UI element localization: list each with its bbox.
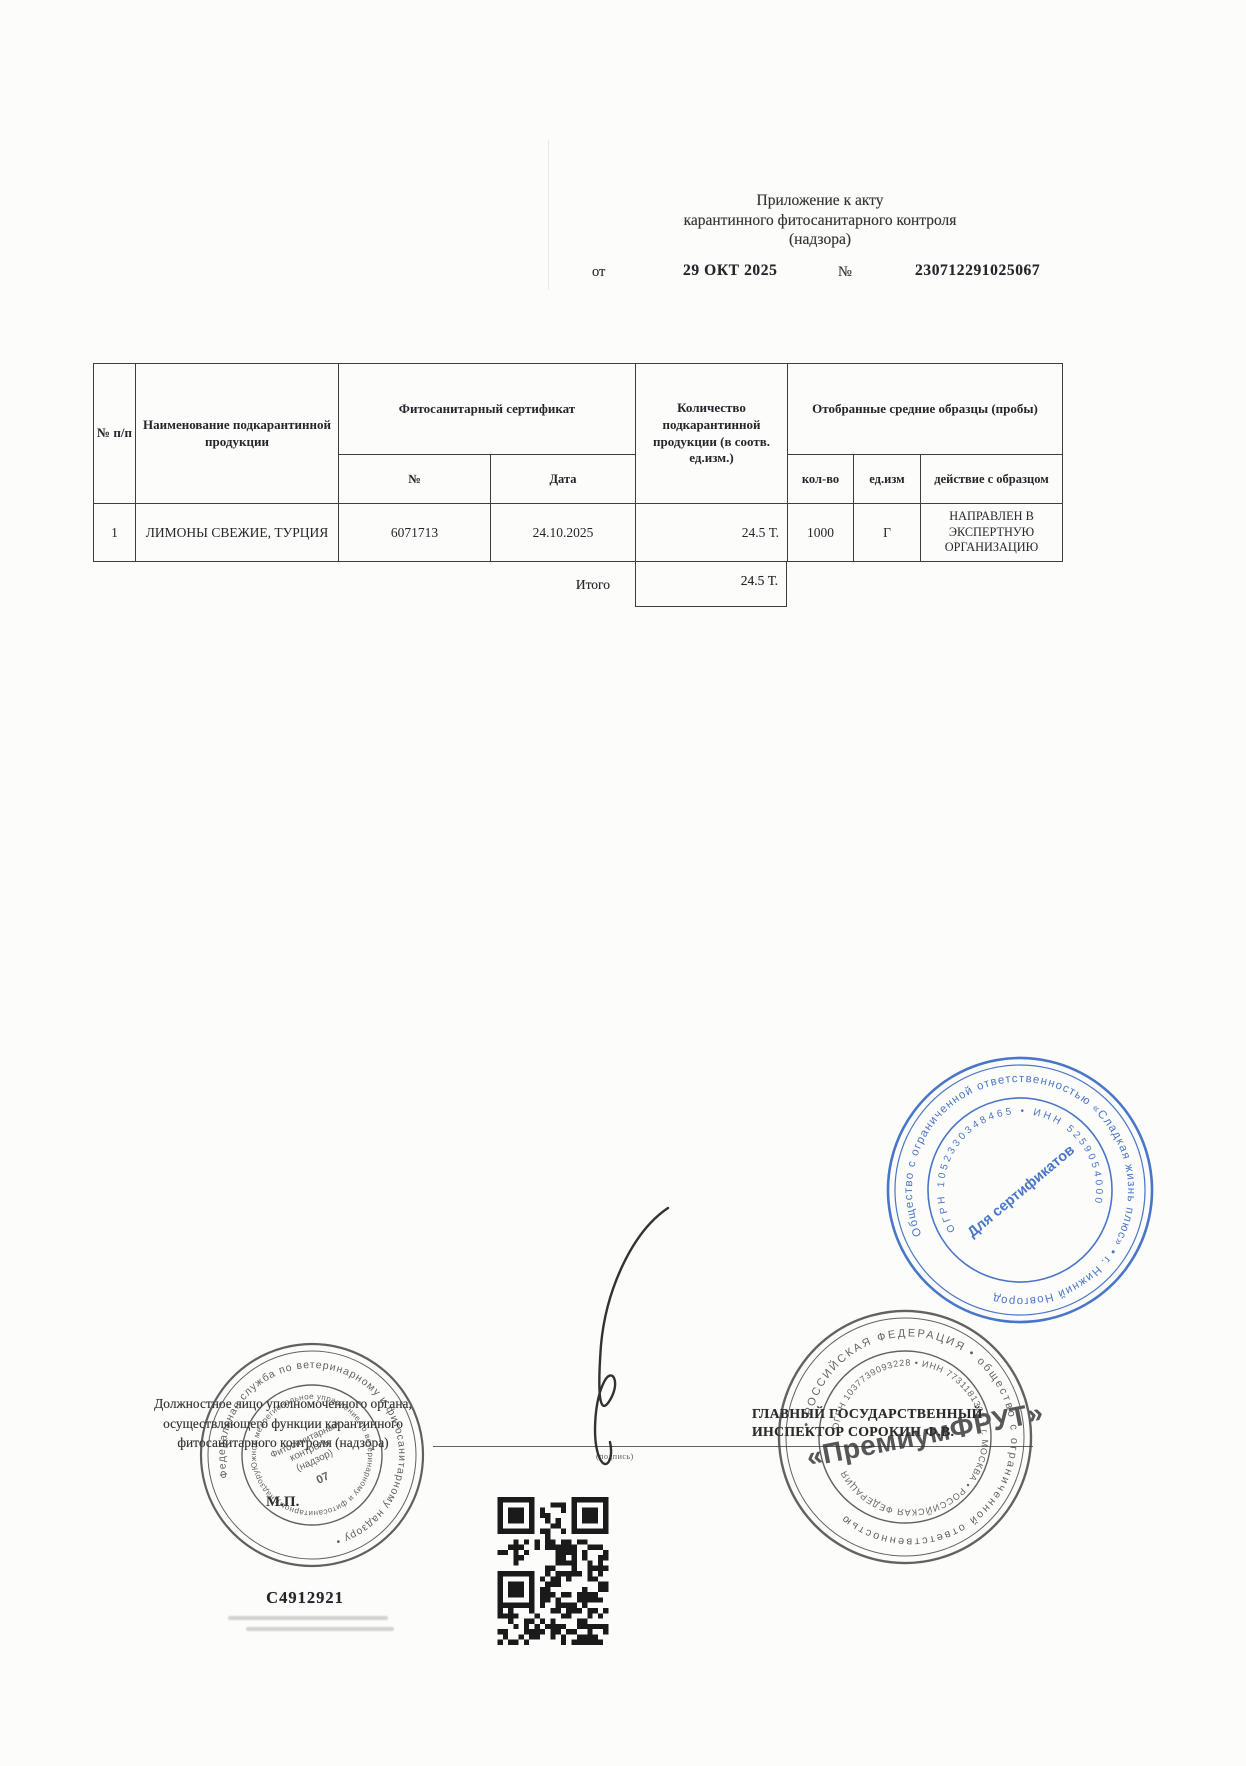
products-table: № п/п Наименование подкарантинной продук… bbox=[93, 363, 1063, 562]
total-value-box: 24.5 Т. bbox=[635, 561, 787, 607]
subcol-header-sample-qty: кол-во bbox=[788, 455, 854, 504]
col-header-num: № п/п bbox=[94, 364, 136, 504]
cert-no-cell: 6071713 bbox=[339, 504, 491, 562]
date-prefix-label: от bbox=[592, 264, 605, 281]
number-sign-label: № bbox=[838, 264, 852, 281]
stamp-code: C4912921 bbox=[200, 1588, 410, 1608]
cert-date-cell: 24.10.2025 bbox=[491, 504, 636, 562]
rosselkhoznadzor-round-stamp: Федеральная служба по ветеринарному и фи… bbox=[192, 1335, 432, 1575]
document-title: Приложение к акту карантинного фитосанит… bbox=[520, 191, 1120, 250]
blue-company-round-stamp: Общество с ограниченной ответственностью… bbox=[880, 1050, 1160, 1330]
subcol-header-unit: ед.изм bbox=[854, 455, 921, 504]
premiumfrut-round-stamp: • РОССИЙСКАЯ ФЕДЕРАЦИЯ • общество с огра… bbox=[775, 1302, 1035, 1562]
subcol-header-cert-date: Дата bbox=[491, 455, 636, 504]
sample-qty-cell: 1000 bbox=[788, 504, 854, 562]
stamp-outer-ring-text: Федеральная служба по ветеринарному и фи… bbox=[194, 1337, 429, 1572]
scanned-document-page: Приложение к акту карантинного фитосанит… bbox=[0, 0, 1246, 1766]
product-name-cell: ЛИМОНЫ СВЕЖИЕ, ТУРЦИЯ bbox=[136, 504, 339, 562]
title-line-1: Приложение к акту bbox=[520, 191, 1120, 211]
quantity-cell: 24.5 Т. bbox=[636, 504, 788, 562]
col-header-quantity: Количество подкарантинной продукции (в с… bbox=[636, 364, 788, 504]
title-line-3: (надзора) bbox=[520, 230, 1120, 250]
act-number-value: 230712291025067 bbox=[915, 262, 1040, 280]
stamp-center-text: Для сертификатов bbox=[965, 1142, 1078, 1241]
handwritten-signature bbox=[520, 1190, 720, 1480]
header-row-main: № п/п Наименование подкарантинной продук… bbox=[94, 364, 1063, 455]
qr-code bbox=[497, 1497, 609, 1645]
svg-text:Федеральная служба по ветерина: Федеральная служба по ветеринарному и фи… bbox=[194, 1337, 429, 1572]
table-row: 1 ЛИМОНЫ СВЕЖИЕ, ТУРЦИЯ 6071713 24.10.20… bbox=[94, 504, 1063, 562]
total-label: Итого bbox=[500, 577, 610, 593]
title-line-2: карантинного фитосанитарного контроля bbox=[520, 211, 1120, 231]
subcol-header-cert-no: № bbox=[339, 455, 491, 504]
action-cell: НАПРАВЛЕН В ЭКСПЕРТНУЮ ОРГАНИЗАЦИЮ bbox=[921, 504, 1063, 562]
date-stamp-value: 29 ОКТ 2025 bbox=[683, 262, 777, 280]
fine-print-illegible bbox=[228, 1616, 388, 1620]
fine-print-illegible bbox=[246, 1627, 394, 1631]
unit-cell: Г bbox=[854, 504, 921, 562]
col-header-phyto-certificate: Фитосанитарный сертификат bbox=[339, 364, 636, 455]
row-num-cell: 1 bbox=[94, 504, 136, 562]
col-header-product-name: Наименование подкарантинной продукции bbox=[136, 364, 339, 504]
col-header-samples: Отобранные средние образцы (пробы) bbox=[788, 364, 1063, 455]
subcol-header-action: действие с образцом bbox=[921, 455, 1063, 504]
stamp-center-number: 07 bbox=[315, 1470, 332, 1486]
